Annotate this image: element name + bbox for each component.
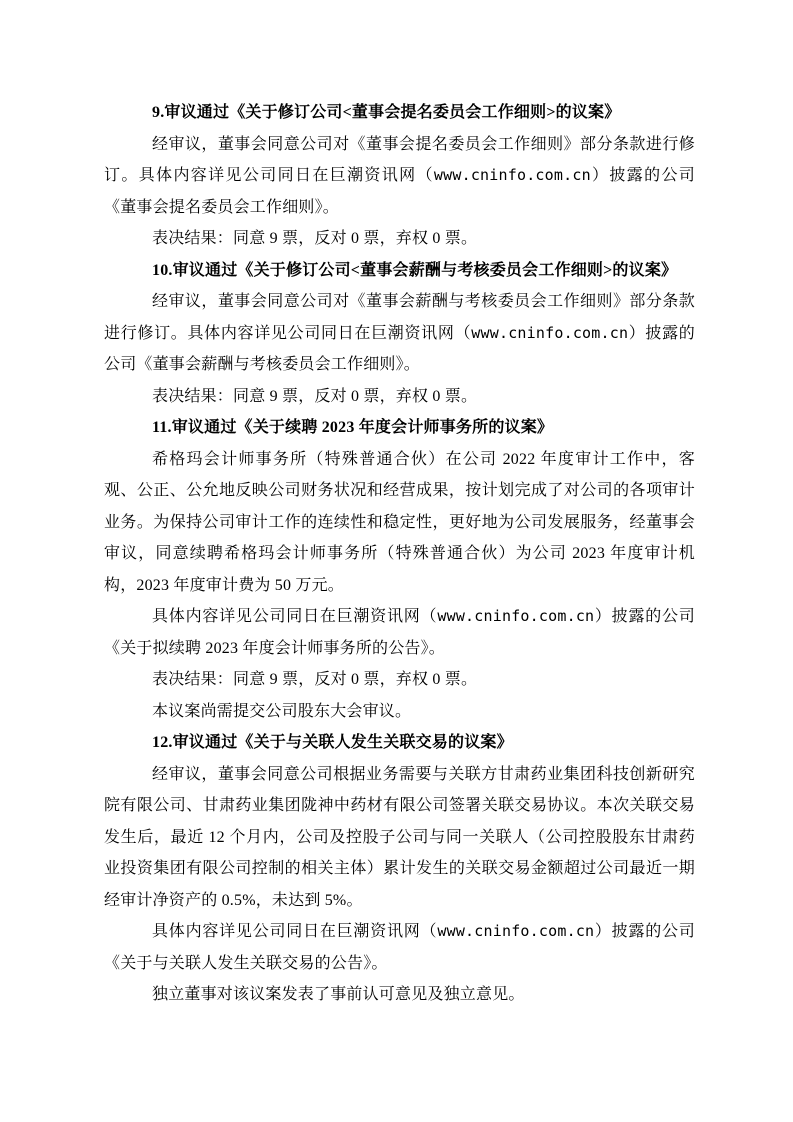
cninfo-url: www.cninfo.com.cn [437,922,594,940]
section-resolution-9: 9.审议通过《关于修订公司<董事会提名委员会工作细则>的议案》 经审议，董事会同… [104,97,695,255]
cninfo-url: www.cninfo.com.cn [434,166,591,184]
resolution-9-vote-result: 表决结果：同意 9 票，反对 0 票，弃权 0 票。 [104,223,695,255]
resolution-12-detail: 具体内容详见公司同日在巨潮资讯网（www.cninfo.com.cn）披露的公司… [104,916,695,979]
resolution-12-body: 经审议，董事会同意公司根据业务需要与关联方甘肃药业集团科技创新研究院有限公司、甘… [104,759,695,917]
document-content: 9.审议通过《关于修订公司<董事会提名委员会工作细则>的议案》 经审议，董事会同… [0,0,793,1011]
resolution-11-detail: 具体内容详见公司同日在巨潮资讯网（www.cninfo.com.cn）披露的公司… [104,601,695,664]
resolution-11-vote-result: 表决结果：同意 9 票，反对 0 票，弃权 0 票。 [104,664,695,696]
resolution-10-body: 经审议，董事会同意公司对《董事会薪酬与考核委员会工作细则》部分条款进行修订。具体… [104,286,695,381]
resolution-10-vote-result: 表决结果：同意 9 票，反对 0 票，弃权 0 票。 [104,381,695,413]
section-resolution-10: 10.审议通过《关于修订公司<董事会薪酬与考核委员会工作细则>的议案》 经审议，… [104,255,695,413]
resolution-12-independent-director-note: 独立董事对该议案发表了事前认可意见及独立意见。 [104,979,695,1011]
resolution-12-heading: 12.审议通过《关于与关联人发生关联交易的议案》 [104,727,695,759]
resolution-10-heading: 10.审议通过《关于修订公司<董事会薪酬与考核委员会工作细则>的议案》 [104,255,695,287]
section-resolution-11: 11.审议通过《关于续聘 2023 年度会计师事务所的议案》 希格玛会计师事务所… [104,412,695,727]
document-page: 9.审议通过《关于修订公司<董事会提名委员会工作细则>的议案》 经审议，董事会同… [0,0,793,1122]
cninfo-url: www.cninfo.com.cn [471,324,628,342]
section-resolution-12: 12.审议通过《关于与关联人发生关联交易的议案》 经审议，董事会同意公司根据业务… [104,727,695,1011]
resolution-11-shareholder-note: 本议案尚需提交公司股东大会审议。 [104,696,695,728]
resolution-9-body: 经审议，董事会同意公司对《董事会提名委员会工作细则》部分条款进行修订。具体内容详… [104,129,695,224]
resolution-11-body: 希格玛会计师事务所（特殊普通合伙）在公司 2022 年度审计工作中，客观、公正、… [104,444,695,602]
resolution-11-detail-text-1: 具体内容详见公司同日在巨潮资讯网（ [152,608,437,625]
resolution-11-heading: 11.审议通过《关于续聘 2023 年度会计师事务所的议案》 [104,412,695,444]
resolution-12-detail-text-1: 具体内容详见公司同日在巨潮资讯网（ [152,923,437,940]
cninfo-url: www.cninfo.com.cn [437,607,594,625]
resolution-9-heading: 9.审议通过《关于修订公司<董事会提名委员会工作细则>的议案》 [104,97,695,129]
